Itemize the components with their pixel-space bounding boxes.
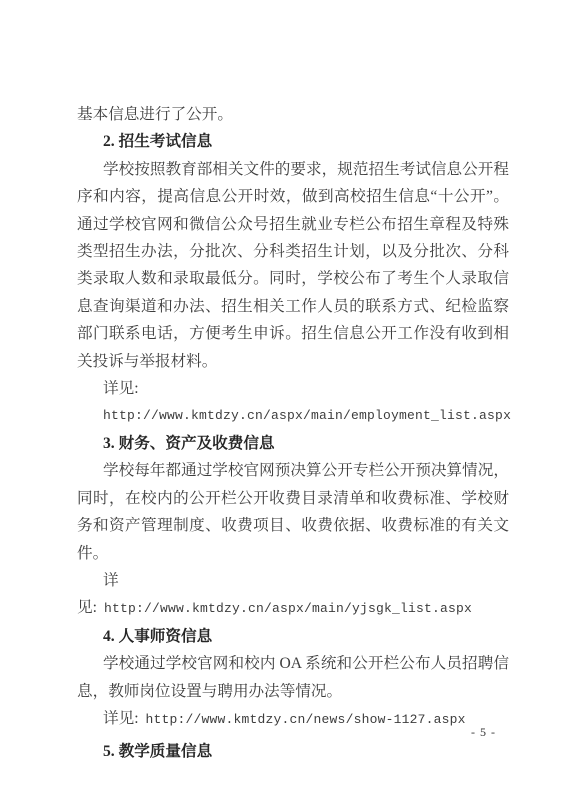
section-heading-hr: 4. 人事师资信息 (77, 623, 509, 650)
see-also-label: 详见: (103, 710, 139, 727)
section-heading-admissions: 2. 招生考试信息 (77, 128, 509, 155)
paragraph-hr: 学校通过学校官网和校内 OA 系统和公开栏公布人员招聘信息，教师岗位设置与聘用办… (77, 650, 509, 705)
document-body: 基本信息进行了公开。 2. 招生考试信息 学校按照教育部相关文件的要求，规范招生… (77, 101, 509, 766)
section-heading-finance: 3. 财务、资产及收费信息 (77, 430, 509, 457)
see-also-line-finance: 详见:http://www.kmtdzy.cn/aspx/main/yjsgk_… (77, 567, 509, 623)
see-also-line-hr: 详见:http://www.kmtdzy.cn/news/show-1127.a… (77, 705, 509, 733)
see-also-label: 详见: (77, 375, 509, 402)
url-news-show-1127: http://www.kmtdzy.cn/news/show-1127.aspx (146, 712, 466, 727)
url-yjsgk-list: http://www.kmtdzy.cn/aspx/main/yjsgk_lis… (104, 601, 472, 616)
paragraph-intro-continuation: 基本信息进行了公开。 (77, 101, 509, 128)
document-page: 基本信息进行了公开。 2. 招生考试信息 学校按照教育部相关文件的要求，规范招生… (0, 0, 566, 800)
page-number: - 5 - (471, 725, 496, 740)
paragraph-finance: 学校每年都通过学校官网预决算公开专栏公开预决算情况，同时，在校内的公开栏公开收费… (77, 457, 509, 567)
paragraph-admissions: 学校按照教育部相关文件的要求，规范招生考试信息公开程序和内容，提高信息公开时效，… (77, 156, 509, 375)
section-heading-teaching-quality: 5. 教学质量信息 (77, 738, 509, 765)
url-employment-list: http://www.kmtdzy.cn/aspx/main/employmen… (77, 402, 509, 429)
